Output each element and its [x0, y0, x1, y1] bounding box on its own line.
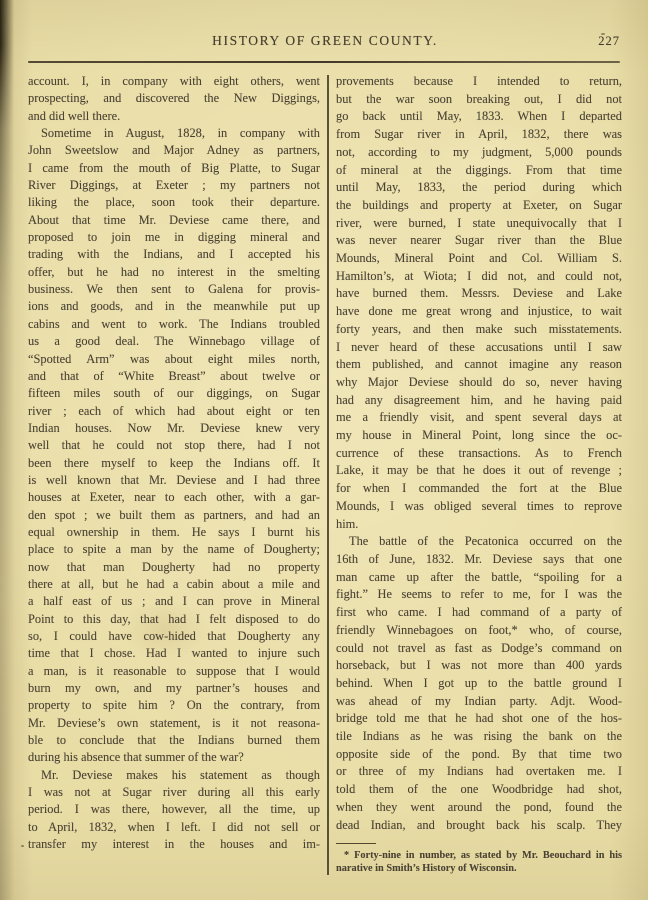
text-line: told them of the one Woodbridge had shot… — [336, 781, 622, 799]
text-line: fifteen miles south of our diggings, on … — [28, 385, 320, 402]
footnote: * Forty-nine in number, as stated by Mr.… — [336, 843, 622, 875]
text-line: a half east of us ; and I can prove in M… — [28, 593, 320, 610]
text-line: opposite side of the pond. By that time … — [336, 746, 622, 764]
text-line: go back until May, 1833. When I departed — [336, 108, 622, 126]
text-line: currence of these transactions. As to Fr… — [336, 445, 622, 463]
text-line: was ahead of my Indian party. Adjt. Wood… — [336, 693, 622, 711]
text-line: there at all, but he had a cabin about a… — [28, 576, 320, 593]
column-right: provements because I intended to return,… — [336, 73, 622, 875]
text-line: forty years, and then make such misstate… — [336, 321, 622, 339]
text-columns: account. I, in company with eight others… — [28, 73, 622, 875]
text-line: burn my own, and my partner’s houses and — [28, 680, 320, 697]
column-gap — [320, 73, 336, 875]
text-line: first who came. I had command of a party… — [336, 604, 622, 622]
text-line: prospecting, and discovered the New Digg… — [28, 90, 320, 107]
text-line: proposed to join me in digging mineral a… — [28, 229, 320, 246]
text-line: 16th of June, 1832. Mr. Deviese says tha… — [336, 551, 622, 569]
text-line: until May, 1833, the period during which — [336, 179, 622, 197]
ink-speck — [21, 845, 24, 847]
text-line: the buildings and property at Exeter, on… — [336, 197, 622, 215]
page-number: 227 — [598, 34, 620, 49]
text-line: and did well there. — [28, 108, 320, 125]
text-line: behind. When I got up to the battle grou… — [336, 675, 622, 693]
text-line: * Forty-nine in number, as stated by Mr.… — [336, 849, 622, 862]
text-line: was never nearer Sugar river than the Bl… — [336, 232, 622, 250]
scan-edge-shadow — [0, 0, 16, 900]
text-line: ions and goods, and in the meanwhile put… — [28, 298, 320, 315]
text-line: time that I chose. Had I wanted to injur… — [28, 645, 320, 662]
text-line: during his absence that summer of the wa… — [28, 749, 320, 766]
text-line: Hamilton’s, at Wiota; I did not, and cou… — [336, 268, 622, 286]
text-line: us a good deal. The Winnebago village of — [28, 333, 320, 350]
text-line: period. I was there, however, all the ti… — [28, 801, 320, 818]
text-line: me a friendly visit, and spent several d… — [336, 409, 622, 427]
text-line: property to spite him ? On the contrary,… — [28, 697, 320, 714]
text-line: Indian houses. Now Mr. Deviese knew very — [28, 420, 320, 437]
text-line: tile Indians as he was rising the bank o… — [336, 728, 622, 746]
column-left: account. I, in company with eight others… — [28, 73, 320, 875]
column-divider-rule — [327, 75, 329, 875]
text-line: have done me great wrong and injustice, … — [336, 303, 622, 321]
text-line: Mr. Deviese’s own statement, is it not r… — [28, 715, 320, 732]
text-line: not, according to my judgment, 5,000 pou… — [336, 144, 622, 162]
text-line: man came up after the battle, “spoiling … — [336, 569, 622, 587]
text-line: cabins and went to work. The Indians tro… — [28, 316, 320, 333]
text-line: or three of my Indians had overtaken me.… — [336, 763, 622, 781]
text-line: dead Indian, and brought back his scalp.… — [336, 817, 622, 835]
text-line: and that of “White Breast” about twelve … — [28, 368, 320, 385]
running-head-title: HISTORY OF GREEN COUNTY. — [28, 33, 622, 49]
text-line: could not travel as fast as Dodge’s comm… — [336, 640, 622, 658]
text-line: Point to this day, that had I felt dispo… — [28, 611, 320, 628]
text-line: my house in Mineral Point, long since th… — [336, 427, 622, 445]
text-line: I never heard of these accusations until… — [336, 339, 622, 357]
text-line: why Major Deviese should do so, never ha… — [336, 374, 622, 392]
column-right-lines: provements because I intended to return,… — [336, 73, 622, 834]
text-line: well that he could not stop there, had I… — [28, 437, 320, 454]
text-line: Lake, it may be that he does it out of r… — [336, 462, 622, 480]
text-line: had any disagreement him, and he having … — [336, 392, 622, 410]
book-page: HISTORY OF GREEN COUNTY. 227 account. I,… — [0, 0, 648, 900]
text-line: is well known that Mr. Deviese and I had… — [28, 472, 320, 489]
text-line: a man, is it reasonable to suppose that … — [28, 663, 320, 680]
text-line: offer, but he had no interest in the sme… — [28, 264, 320, 281]
text-line: of mineral at the diggings. From that ti… — [336, 162, 622, 180]
text-line: ble to conclude that the Indians burned … — [28, 732, 320, 749]
text-line: river, were burned, I state unequivocall… — [336, 215, 622, 233]
text-line: have burned them. Messrs. Deviese and La… — [336, 285, 622, 303]
text-line: him. — [336, 516, 622, 534]
text-line: now that man Dougherty had no property — [28, 559, 320, 576]
text-line: fight.” He seems to refer to me, for I w… — [336, 586, 622, 604]
text-line: for when I commanded the fort at the Blu… — [336, 480, 622, 498]
page-header: HISTORY OF GREEN COUNTY. 227 — [28, 33, 622, 53]
text-line: “Spotted Arm” was about eight miles nort… — [28, 351, 320, 368]
text-line: horseback, but I was not more than 400 y… — [336, 657, 622, 675]
text-line: River Diggings, at Exeter ; my partners … — [28, 177, 320, 194]
text-line: I was not at Sugar river during all this… — [28, 784, 320, 801]
text-line: account. I, in company with eight others… — [28, 73, 320, 90]
text-line: transfer my interest in the houses and i… — [28, 836, 320, 853]
text-line: The battle of the Pecatonica occurred on… — [336, 533, 622, 551]
text-line: them published, and cannot imagine any r… — [336, 356, 622, 374]
text-line: About that time Mr. Deviese came there, … — [28, 212, 320, 229]
text-line: Mounds, I was obliged several times to r… — [336, 498, 622, 516]
text-line: business. We then sent to Galena for pro… — [28, 281, 320, 298]
text-line: Mounds, Mineral Point and Col. William S… — [336, 250, 622, 268]
text-line: Sometime in August, 1828, in company wit… — [28, 125, 320, 142]
text-line: John Sweetslow and Major Adney as partne… — [28, 142, 320, 159]
footnote-lines: * Forty-nine in number, as stated by Mr.… — [336, 849, 622, 875]
text-line: Mr. Deviese makes his statement as thoug… — [28, 767, 320, 784]
text-line: when they went around the pond, found th… — [336, 799, 622, 817]
text-line: friendly Winnebagoes on foot,* who, of c… — [336, 622, 622, 640]
text-line: houses at Exeter, near to each other, wi… — [28, 489, 320, 506]
text-line: liking the place, soon took their depart… — [28, 194, 320, 211]
text-line: but the war soon breaking out, I did not — [336, 91, 622, 109]
text-line: trading with the Indians, and I accepted… — [28, 246, 320, 263]
text-line: I came from the mouth of Big Platte, to … — [28, 160, 320, 177]
text-line: narative in Smith’s History of Wisconsin… — [336, 862, 622, 875]
text-line: place to spite a man by the name of Doug… — [28, 541, 320, 558]
text-line: to April, 1832, when I left. I did not s… — [28, 819, 320, 836]
text-line: equal ownership in them. He says I burnt… — [28, 524, 320, 541]
text-line: den spot ; we built them as partners, an… — [28, 507, 320, 524]
text-line: provements because I intended to return, — [336, 73, 622, 91]
text-line: bridge told me that he had shot one of t… — [336, 710, 622, 728]
footnote-rule — [336, 843, 376, 844]
text-line: river ; each of which had about eight or… — [28, 403, 320, 420]
text-line: so, I could have cow-hided that Doughert… — [28, 628, 320, 645]
text-line: been there myself to keep the Indians of… — [28, 455, 320, 472]
header-rule — [28, 61, 620, 63]
text-line: from Sugar river in April, 1832, there w… — [336, 126, 622, 144]
